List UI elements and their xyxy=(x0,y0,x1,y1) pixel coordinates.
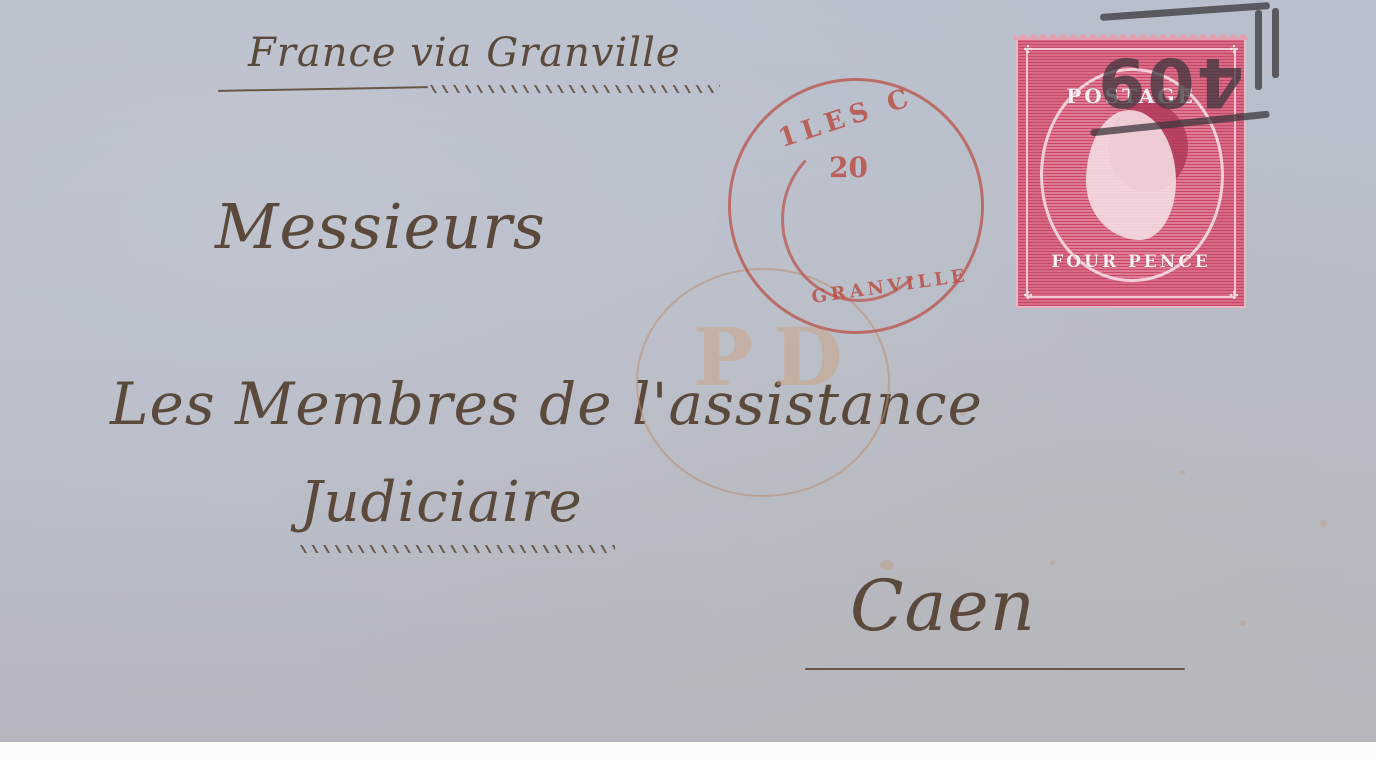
underline xyxy=(805,668,1185,670)
wavy-underline xyxy=(430,85,720,93)
envelope: France via Granville Messieurs Les Membr… xyxy=(0,0,1376,742)
cds-day: 20 xyxy=(829,151,868,184)
foxing-spot xyxy=(1180,470,1185,475)
foxing-spot xyxy=(1240,620,1246,626)
stamp-bottom-label: FOUR PENCE xyxy=(1018,252,1244,272)
obliterator-bar xyxy=(1100,2,1270,21)
obliterator-bar xyxy=(1272,8,1279,78)
numeral-obliterator: 409 xyxy=(1080,0,1330,140)
salutation: Messieurs xyxy=(215,190,546,263)
wavy-underline xyxy=(300,545,615,553)
obliterator-bar xyxy=(1255,10,1262,90)
obliterator-number: 409 xyxy=(1096,42,1244,121)
corner-ornament-icon: ✣ xyxy=(1022,290,1034,302)
route-instruction: France via Granville xyxy=(248,30,681,76)
city: Caen xyxy=(850,565,1036,647)
corner-ornament-icon: ✣ xyxy=(1022,44,1034,56)
addressee-line-2: Judiciaire xyxy=(300,470,583,535)
corner-ornament-icon: ✣ xyxy=(1228,290,1240,302)
foxing-spot xyxy=(1050,560,1055,565)
foxing-spot xyxy=(1320,520,1327,527)
underline xyxy=(218,86,428,92)
red-circular-date-stamp: 1LES C 20 GRANVILLE xyxy=(728,78,984,334)
